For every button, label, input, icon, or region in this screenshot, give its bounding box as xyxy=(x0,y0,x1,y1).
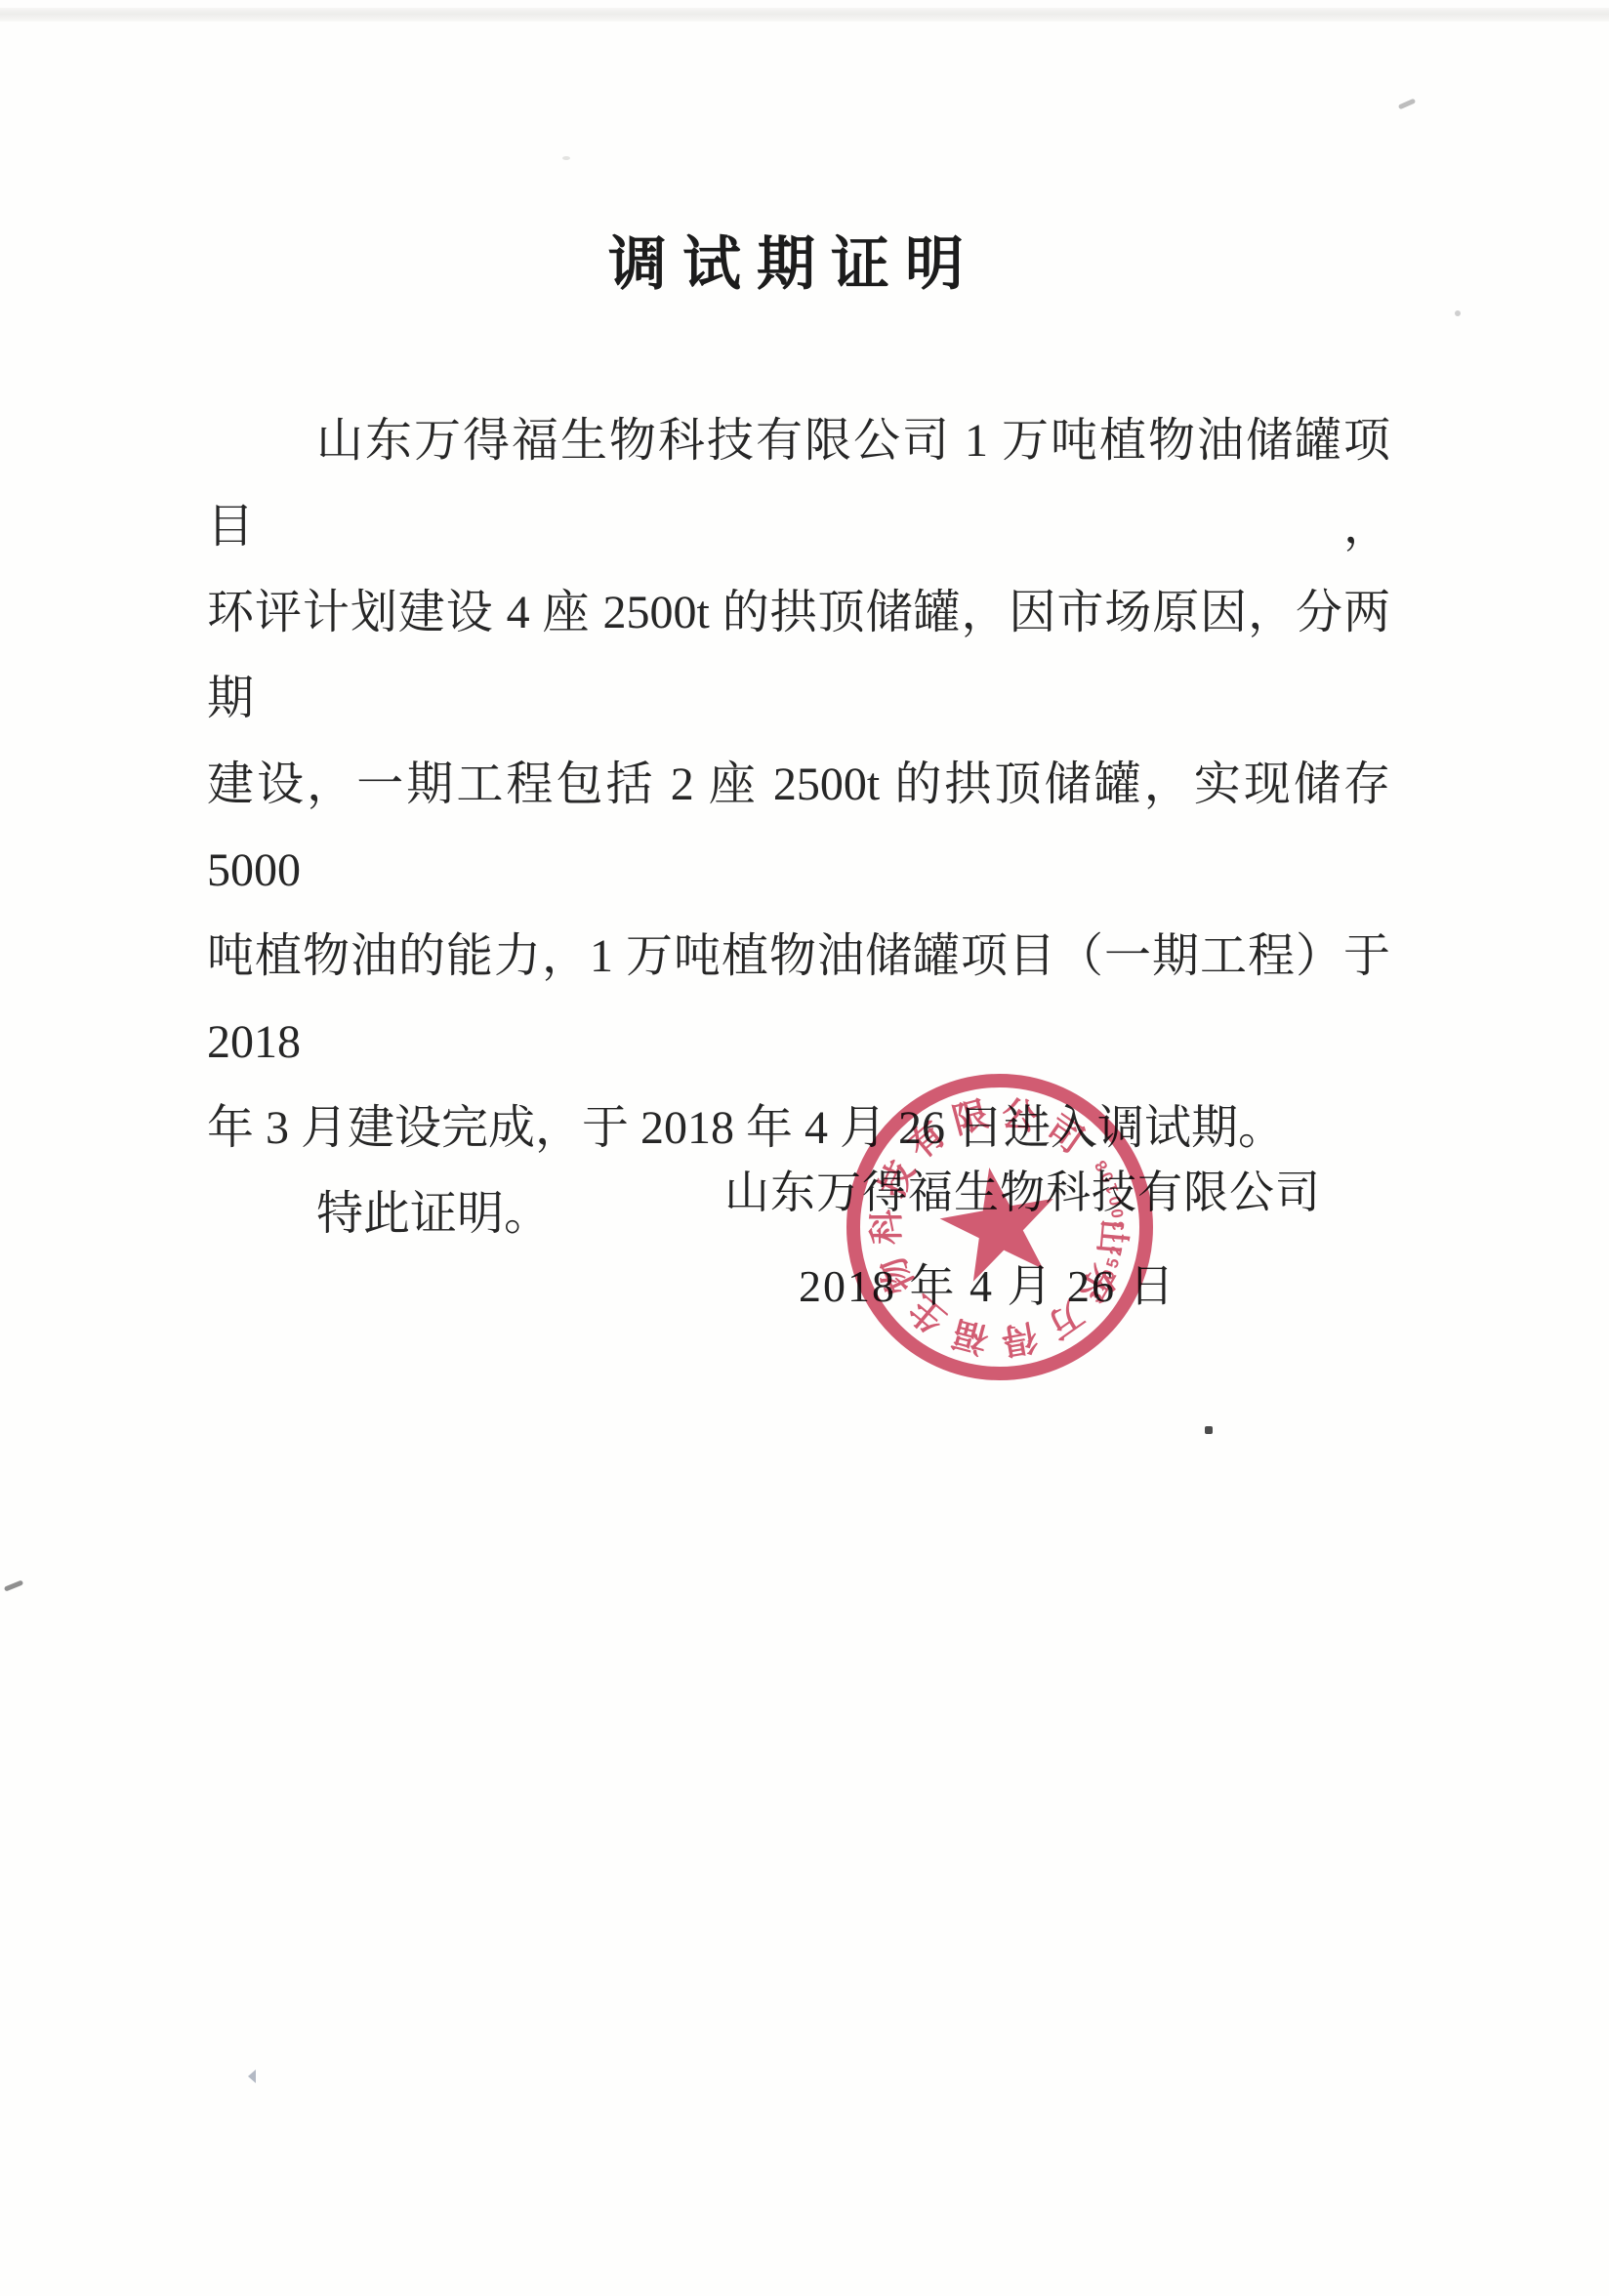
document-page: 调试期证明 山东万得福生物科技有限公司 1 万吨植物油储罐项目， 环评计划建设 … xyxy=(0,0,1609,2296)
scan-speck xyxy=(1455,310,1461,316)
body-line: 环评计划建设 4 座 2500t 的拱顶储罐，因市场原因，分两期 xyxy=(207,570,1390,742)
seal-arc-char: 限 xyxy=(948,1093,992,1141)
seal-arc-char: 技 xyxy=(871,1155,922,1204)
seal-arc-char: 司 xyxy=(1039,1107,1091,1160)
body-line: 建设，一期工程包括 2 座 2500t 的拱顶储罐，实现储存 5000 xyxy=(207,742,1390,914)
seal-arc-char: 万 xyxy=(1039,1293,1091,1346)
scan-speck xyxy=(1205,1426,1213,1434)
seal-arc-char: 得 xyxy=(999,1316,1041,1362)
scan-speck xyxy=(1398,99,1416,110)
scan-speck xyxy=(240,2070,256,2083)
body-paragraph: 山东万得福生物科技有限公司 1 万吨植物油储罐项目， 环评计划建设 4 座 25… xyxy=(207,398,1390,1257)
star-icon xyxy=(932,1158,1065,1286)
scan-speck xyxy=(4,1579,23,1591)
document-title: 调试期证明 xyxy=(0,234,1588,295)
scan-streak-artifact xyxy=(0,8,1609,21)
body-line: 山东万得福生物科技有限公司 1 万吨植物油储罐项目， xyxy=(207,398,1390,570)
scan-speck xyxy=(562,156,570,160)
seal-arc-char: 物 xyxy=(871,1250,922,1299)
body-line: 吨植物油的能力，1 万吨植物油储罐项目（一期工程）于 2018 xyxy=(207,914,1390,1086)
seal-arc-char: 科 xyxy=(866,1209,906,1245)
body-line: 年 3 月建设完成，于 2018 年 4 月 26 日进入调试期。 xyxy=(207,1086,1390,1171)
company-seal-stamp: 山东万得福生物科技有限公司 370521300108 xyxy=(834,1061,1166,1393)
seal-arc-char: 福 xyxy=(948,1313,992,1361)
seal-arc-char: 公 xyxy=(999,1092,1041,1138)
